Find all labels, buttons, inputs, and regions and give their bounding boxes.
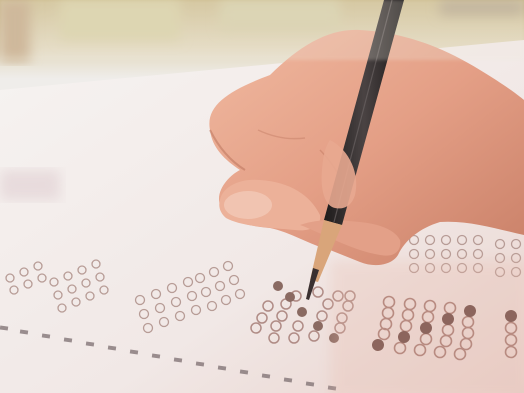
paper-mark — [0, 170, 60, 200]
warm-light — [330, 260, 524, 393]
thumbnail — [224, 191, 272, 219]
depth-haze — [0, 0, 524, 60]
photo-scene — [0, 0, 524, 393]
answer-sheet-photo — [0, 0, 524, 393]
